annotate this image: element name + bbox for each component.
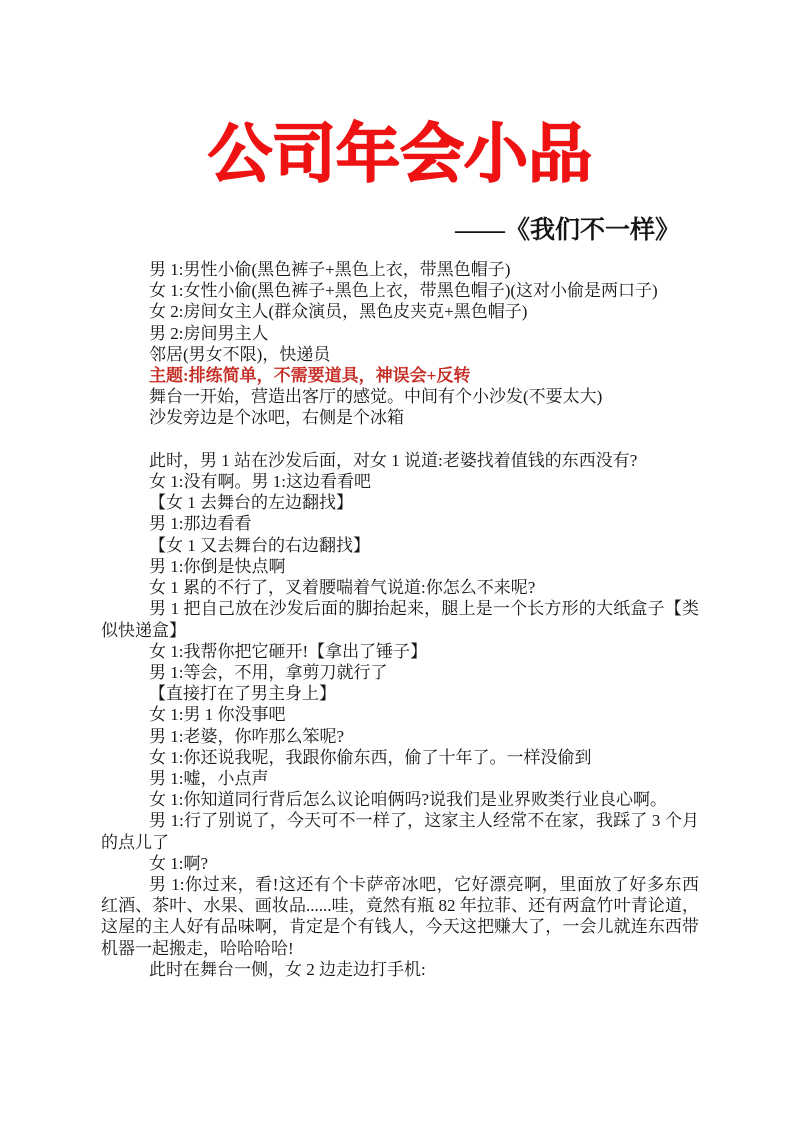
script-line-22: 女 1:你还说我呢，我跟你偷东西，偷了十年了。一样没偷到 — [101, 747, 699, 768]
script-line-10: 女 1:没有啊。男 1:这边看看吧 — [101, 471, 699, 492]
script-line-7: 沙发旁边是个冰吧，右侧是个冰箱 — [101, 407, 699, 428]
script-line-20: 女 1:男 1 你没事吧 — [101, 704, 699, 725]
script-line-28: 此时在舞台一侧，女 2 边走边打手机: — [101, 959, 699, 980]
script-line-14: 男 1:你倒是快点啊 — [101, 556, 699, 577]
script-line-6: 舞台一开始，营造出客厅的感觉。中间有个小沙发(不要太大) — [101, 386, 699, 407]
script-line-4: 邻居(男女不限)，快递员 — [101, 344, 699, 365]
script-line-0: 男 1:男性小偷(黑色裤子+黑色上衣，带黑色帽子) — [101, 259, 699, 280]
script-line-24: 女 1:你知道同行背后怎么议论咱俩吗?说我们是业界败类行业良心啊。 — [101, 789, 699, 810]
script-body: 男 1:男性小偷(黑色裤子+黑色上衣，带黑色帽子)女 1:女性小偷(黑色裤子+黑… — [101, 259, 699, 980]
script-line-23: 男 1:嘘，小点声 — [101, 768, 699, 789]
script-line-8 — [101, 429, 699, 450]
script-line-26: 女 1:啊? — [101, 853, 699, 874]
script-line-9: 此时，男 1 站在沙发后面，对女 1 说道:老婆找着值钱的东西没有? — [101, 450, 699, 471]
script-line-16: 男 1 把自己放在沙发后面的脚抬起来，腿上是一个长方形的大纸盒子【类似快递盒】 — [101, 598, 699, 640]
script-line-15: 女 1 累的不行了，叉着腰喘着气说道:你怎么不来呢? — [101, 577, 699, 598]
script-line-11: 【女 1 去舞台的左边翻找】 — [101, 492, 699, 513]
script-line-2: 女 2:房间女主人(群众演员，黑色皮夹克+黑色帽子) — [101, 301, 699, 322]
script-line-17: 女 1:我帮你把它砸开!【拿出了锤子】 — [101, 641, 699, 662]
script-line-3: 男 2:房间男主人 — [101, 323, 699, 344]
script-line-18: 男 1:等会，不用，拿剪刀就行了 — [101, 662, 699, 683]
script-line-27: 男 1:你过来，看!这还有个卡萨帝冰吧，它好漂亮啊，里面放了好多东西红酒、茶叶、… — [101, 874, 699, 959]
document-page: 公司年会小品 ——《我们不一样》 男 1:男性小偷(黑色裤子+黑色上衣，带黑色帽… — [0, 0, 800, 1131]
script-line-5: 主题:排练简单，不需要道具，神误会+反转 — [101, 365, 699, 386]
script-line-19: 【直接打在了男主身上】 — [101, 683, 699, 704]
script-line-1: 女 1:女性小偷(黑色裤子+黑色上衣，带黑色帽子)(这对小偷是两口子) — [101, 280, 699, 301]
script-line-25: 男 1:行了别说了，今天可不一样了，这家主人经常不在家，我踩了 3 个月的点儿了 — [101, 810, 699, 852]
document-subtitle: ——《我们不一样》 — [0, 215, 680, 246]
script-line-13: 【女 1 又去舞台的右边翻找】 — [101, 535, 699, 556]
document-title: 公司年会小品 — [0, 116, 800, 193]
script-line-12: 男 1:那边看看 — [101, 513, 699, 534]
script-line-21: 男 1:老婆，你咋那么笨呢? — [101, 726, 699, 747]
